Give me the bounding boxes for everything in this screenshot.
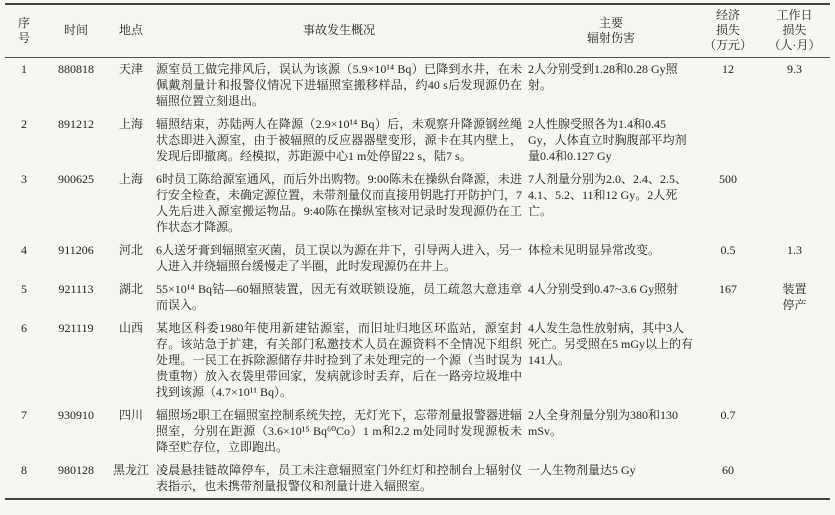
cell-workday-loss xyxy=(759,459,830,499)
cell-harm: 4人发生急性放射病，其中3人死亡。另受照在5 mGy以上的有141人。 xyxy=(525,317,697,404)
table-row: 6 921119 山西 某地区科委1980年使用新建钴源室，而旧址归地区环监站，… xyxy=(5,317,830,404)
table-row: 2 891212 上海 辐照结束，苏陆两人在降源（2.9×10¹⁴ Bq）后，未… xyxy=(5,113,830,168)
cell-harm: 4人分别受到0.47~3.6 Gy照射 xyxy=(525,278,697,317)
cell-index: 2 xyxy=(5,113,43,168)
cell-index: 5 xyxy=(5,278,43,317)
cell-harm: 2人全身剂量分别为380和130 mSv。 xyxy=(525,404,697,459)
header-location: 地点 xyxy=(109,4,153,58)
cell-index: 3 xyxy=(5,168,43,239)
cell-economic-loss: 0.7 xyxy=(697,404,759,459)
cell-overview: 55×10¹⁴ Bq钴—60辐照装置，因无有效联锁设施，员工疏忽大意违章而误入。 xyxy=(153,278,525,317)
cell-economic-loss: 167 xyxy=(697,278,759,317)
cell-workday-loss: 9.3 xyxy=(759,58,830,114)
cell-workday-loss xyxy=(759,317,830,404)
header-row: 序 号 时间 地点 事故发生概况 主要 辐射伤害 经济 损失 （万元） 工作日 … xyxy=(5,4,830,58)
cell-harm: 一人生物剂量达5 Gy xyxy=(525,459,697,499)
cell-location: 天津 xyxy=(109,58,153,114)
table-row: 3 900625 上海 6时员工陈给源室通风，而后外出购物。9:00陈未在操纵台… xyxy=(5,168,830,239)
cell-workday-loss: 装置 停产 xyxy=(759,278,830,317)
cell-overview: 某地区科委1980年使用新建钴源室，而旧址归地区环监站，源室封存。该站急于扩建，… xyxy=(153,317,525,404)
table-row: 8 980128 黑龙江 凌晨悬挂链故障停车，员工未注意辐照室门外红灯和控制台上… xyxy=(5,459,830,499)
cell-harm: 7人剂量分别为2.0、2.4、2.5、4.1、5.2、11和12 Gy。2人死亡… xyxy=(525,168,697,239)
cell-index: 1 xyxy=(5,58,43,114)
document-page: 序 号 时间 地点 事故发生概况 主要 辐射伤害 经济 损失 （万元） 工作日 … xyxy=(0,0,835,515)
cell-time: 921119 xyxy=(43,317,109,404)
cell-overview: 6人送牙膏到辐照室灭菌，员工误以为源在井下，引导两人进入，另一人进入并绕辐照台缓… xyxy=(153,239,525,278)
cell-economic-loss: 60 xyxy=(697,459,759,499)
table-row: 1 880818 天津 源室员工做完排风后，误认为该源（5.9×10¹⁴ Bq）… xyxy=(5,58,830,114)
cell-overview: 6时员工陈给源室通风，而后外出购物。9:00陈未在操纵台降源，未进行安全检查，未… xyxy=(153,168,525,239)
cell-location: 黑龙江 xyxy=(109,459,153,499)
cell-time: 921113 xyxy=(43,278,109,317)
cell-overview: 凌晨悬挂链故障停车，员工未注意辐照室门外红灯和控制台上辐射仪表指示，也未携带剂量… xyxy=(153,459,525,499)
cell-index: 4 xyxy=(5,239,43,278)
cell-overview: 辐照场2职工在辐照室控制系统失控，无灯光下，忘带剂量报警器进辐照室，分别在距源（… xyxy=(153,404,525,459)
cell-index: 7 xyxy=(5,404,43,459)
table-body: 1 880818 天津 源室员工做完排风后，误认为该源（5.9×10¹⁴ Bq）… xyxy=(5,58,830,500)
header-overview: 事故发生概况 xyxy=(153,4,525,58)
cell-location: 河北 xyxy=(109,239,153,278)
table-header: 序 号 时间 地点 事故发生概况 主要 辐射伤害 经济 损失 （万元） 工作日 … xyxy=(5,4,830,58)
cell-time: 891212 xyxy=(43,113,109,168)
cell-time: 880818 xyxy=(43,58,109,114)
cell-economic-loss xyxy=(697,113,759,168)
header-economic-loss: 经济 损失 （万元） xyxy=(697,4,759,58)
cell-location: 上海 xyxy=(109,168,153,239)
header-time: 时间 xyxy=(43,4,109,58)
cell-workday-loss xyxy=(759,113,830,168)
cell-economic-loss: 12 xyxy=(697,58,759,114)
cell-location: 山西 xyxy=(109,317,153,404)
header-workday-loss: 工作日 损失 （人·月） xyxy=(759,4,830,58)
cell-index: 6 xyxy=(5,317,43,404)
cell-harm: 体检未见明显异常改变。 xyxy=(525,239,697,278)
cell-overview: 辐照结束，苏陆两人在降源（2.9×10¹⁴ Bq）后，未观察升降源钢丝绳状态即进… xyxy=(153,113,525,168)
cell-economic-loss xyxy=(697,317,759,404)
cell-index: 8 xyxy=(5,459,43,499)
cell-location: 上海 xyxy=(109,113,153,168)
cell-time: 911206 xyxy=(43,239,109,278)
cell-overview: 源室员工做完排风后，误认为该源（5.9×10¹⁴ Bq）已降到水井，在未佩戴剂量… xyxy=(153,58,525,114)
cell-workday-loss xyxy=(759,168,830,239)
cell-economic-loss: 0.5 xyxy=(697,239,759,278)
accident-table: 序 号 时间 地点 事故发生概况 主要 辐射伤害 经济 损失 （万元） 工作日 … xyxy=(5,3,830,500)
table-row: 7 930910 四川 辐照场2职工在辐照室控制系统失控，无灯光下，忘带剂量报警… xyxy=(5,404,830,459)
cell-time: 930910 xyxy=(43,404,109,459)
cell-economic-loss: 500 xyxy=(697,168,759,239)
cell-time: 980128 xyxy=(43,459,109,499)
cell-harm: 2人性腺受照各为1.4和0.45 Gy，人体直立时胸腹部平均剂量0.4和0.12… xyxy=(525,113,697,168)
cell-harm: 2人分别受到1.28和0.28 Gy照射。 xyxy=(525,58,697,114)
cell-workday-loss xyxy=(759,404,830,459)
cell-time: 900625 xyxy=(43,168,109,239)
cell-location: 四川 xyxy=(109,404,153,459)
table-row: 5 921113 湖北 55×10¹⁴ Bq钴—60辐照装置，因无有效联锁设施，… xyxy=(5,278,830,317)
header-index: 序 号 xyxy=(5,4,43,58)
cell-workday-loss: 1.3 xyxy=(759,239,830,278)
cell-location: 湖北 xyxy=(109,278,153,317)
header-harm: 主要 辐射伤害 xyxy=(525,4,697,58)
table-row: 4 911206 河北 6人送牙膏到辐照室灭菌，员工误以为源在井下，引导两人进入… xyxy=(5,239,830,278)
